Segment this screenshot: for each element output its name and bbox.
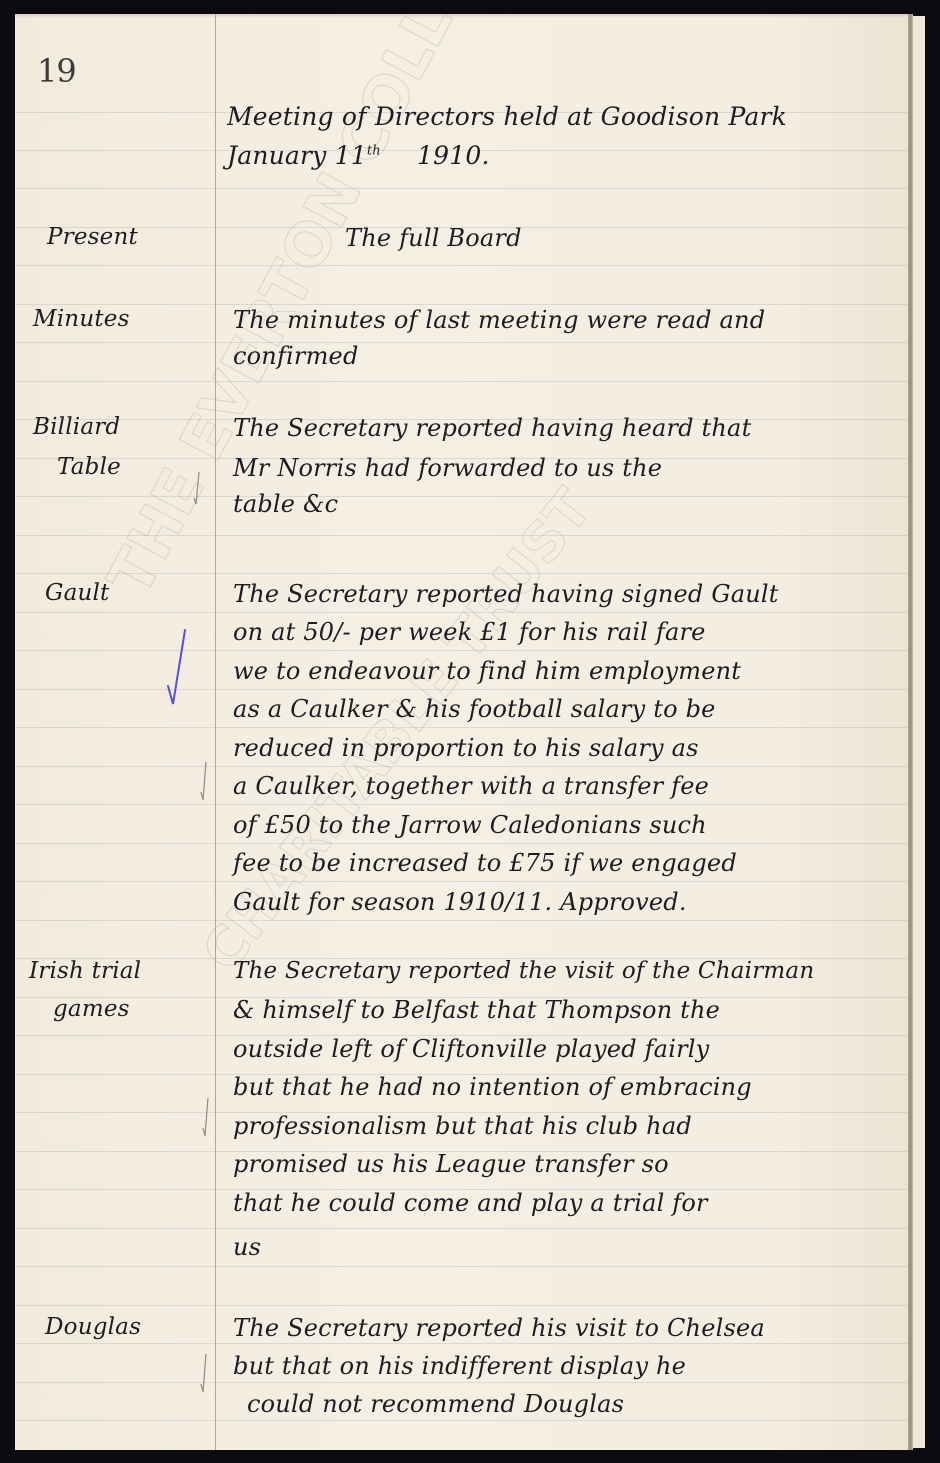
entry-body-line: The Secretary reported having signed Gau… bbox=[233, 580, 779, 608]
entry-body-line: The Secretary reported his visit to Chel… bbox=[233, 1314, 765, 1342]
entry-body-line: of £50 to the Jarrow Caledonians such bbox=[233, 811, 707, 839]
entry-body-line: us bbox=[233, 1233, 261, 1261]
meeting-date: January 11th 1910. bbox=[227, 141, 490, 170]
meeting-date-day: January 11 bbox=[227, 141, 367, 170]
page-top-edge bbox=[15, 14, 908, 18]
entry-body-line: & himself to Belfast that Thompson the bbox=[233, 996, 720, 1024]
entry-body-line: The minutes of last meeting were read an… bbox=[233, 306, 765, 334]
entry-label: Irish trial bbox=[29, 958, 141, 984]
adjacent-page-edge bbox=[913, 16, 925, 1448]
meeting-date-year: 1910. bbox=[417, 141, 490, 170]
meeting-title: Meeting of Directors held at Goodison Pa… bbox=[227, 102, 787, 131]
entry-body-line: we to endeavour to find him employment bbox=[233, 657, 741, 685]
pencil-tick-icon bbox=[191, 470, 203, 510]
entry-body-line: but that on his indifferent display he bbox=[233, 1352, 686, 1380]
entry-body-line: but that he had no intention of embracin… bbox=[233, 1073, 752, 1101]
blue-check-mark-icon bbox=[163, 624, 193, 714]
entry-body-line: fee to be increased to £75 if we engaged bbox=[233, 849, 737, 877]
pencil-tick-icon bbox=[198, 1352, 210, 1397]
entry-body-line: professionalism but that his club had bbox=[233, 1112, 692, 1140]
page-number: 19 bbox=[37, 52, 76, 90]
entry-label: Minutes bbox=[33, 306, 130, 332]
entry-body-line: as a Caulker & his football salary to be bbox=[233, 695, 716, 723]
entry-label: games bbox=[53, 996, 130, 1022]
entry-label: Table bbox=[57, 454, 121, 480]
entry-body-line: on at 50/- per week £1 for his rail fare bbox=[233, 618, 706, 646]
entry-body-line: that he could come and play a trial for bbox=[233, 1189, 708, 1217]
entry-label: Douglas bbox=[45, 1314, 141, 1340]
entry-body-line: Mr Norris had forwarded to us the bbox=[233, 454, 662, 482]
ledger-page: THE EVERTON COLLECTION CHARITABLE TRUST … bbox=[15, 14, 908, 1450]
entry-body-line: The full Board bbox=[345, 224, 522, 252]
entry-label: Present bbox=[47, 224, 138, 250]
entry-body-line: The Secretary reported having heard that bbox=[233, 414, 751, 442]
entry-body-line: reduced in proportion to his salary as bbox=[233, 734, 699, 762]
red-margin-line bbox=[215, 14, 216, 1450]
meeting-date-ordinal: th bbox=[367, 144, 381, 159]
entry-label: Gault bbox=[45, 580, 110, 606]
entry-body-line: could not recommend Douglas bbox=[247, 1390, 624, 1418]
entry-body-line: a Caulker, together with a transfer fee bbox=[233, 772, 709, 800]
entry-body-line: The Secretary reported the visit of the … bbox=[233, 958, 814, 984]
entry-body-line: outside left of Cliftonville played fair… bbox=[233, 1035, 709, 1063]
entry-body-line: promised us his League transfer so bbox=[233, 1150, 669, 1178]
book-gutter bbox=[908, 14, 913, 1450]
entry-label: Billiard bbox=[33, 414, 120, 440]
entry-body-line: Gault for season 1910/11. Approved. bbox=[233, 888, 687, 916]
pencil-tick-icon bbox=[200, 1096, 212, 1141]
entry-body-line: table &c bbox=[233, 490, 338, 518]
entry-body-line: confirmed bbox=[233, 342, 359, 370]
